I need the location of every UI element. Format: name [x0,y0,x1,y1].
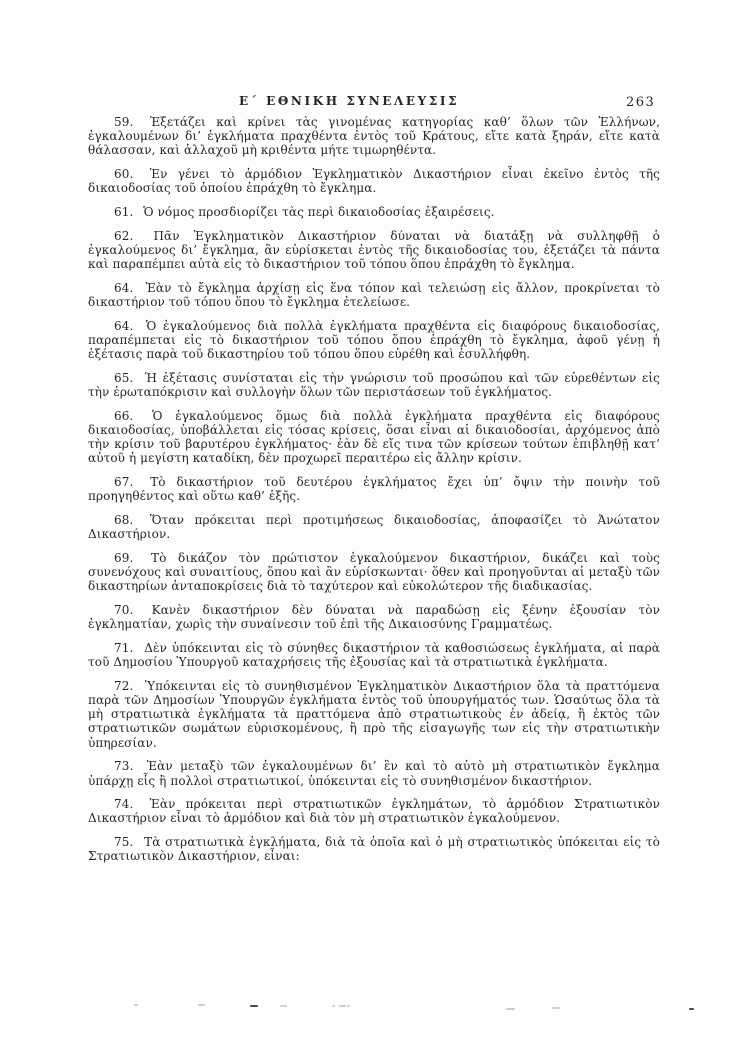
article-number: 68. [114,513,139,527]
article-text: Πᾶν Ἐγκληματικὸν Δικαστήριον δύναται νὰ … [88,229,660,271]
scan-artifact-dash [134,1004,138,1006]
scan-artifact-dash [332,1005,335,1007]
scan-artifact-dash [283,1005,287,1007]
article-paragraph: 74. Ἐὰν πρόκειται περὶ στρατιωτικῶν ἐγκλ… [88,797,660,825]
article-number: 75. [114,835,139,849]
scan-artifact-dash [347,1005,350,1007]
article-number: 65. [114,371,139,385]
article-text: Ἐν γένει τὸ ἁρμόδιον Ἐγκληματικὸν Δικαστ… [88,167,660,195]
article-paragraph: 73. Ἐὰν μεταξὺ τῶν ἐγκαλουμένων δι’ ἓν κ… [88,759,660,787]
article-number: 72. [114,679,139,693]
article-paragraph: 64. Ἐὰν τὸ ἔγκλημα ἀρχίσῃ εἰς ἕνα τόπον … [88,281,660,309]
article-text: Τὰ στρατιωτικὰ ἐγκλήματα, διὰ τὰ ὁποῖα κ… [88,835,660,863]
article-text: Ὁ ἐγκαλούμενος διὰ πολλὰ ἐγκλήματα πραχθ… [88,319,660,361]
article-number: 61. [114,205,139,219]
scan-artifact-dash [506,1008,515,1010]
article-paragraph: 60. Ἐν γένει τὸ ἁρμόδιον Ἐγκληματικὸν Δι… [88,167,660,195]
running-header-title: Ε΄ ΕΘΝΙΚΗ ΣΥΝΕΛΕΥΣΙΣ [239,94,459,108]
article-number: 73. [114,759,139,773]
article-number: 64. [114,319,139,333]
article-paragraph: 64. Ὁ ἐγκαλούμενος διὰ πολλὰ ἐγκλήματα π… [88,319,660,362]
article-paragraph: 61. Ὁ νόμος προσδιορίζει τὰς περὶ δικαιο… [88,205,660,219]
article-text: Ἐὰν τὸ ἔγκλημα ἀρχίσῃ εἰς ἕνα τόπον καὶ … [88,281,660,309]
article-paragraph: 75. Τὰ στρατιωτικὰ ἐγκλήματα, διὰ τὰ ὁπο… [88,835,660,863]
article-number: 66. [114,409,139,423]
article-paragraph: 67. Τὸ δικαστήριον τοῦ δευτέρου ἐγκλήματ… [88,475,660,503]
article-number: 71. [114,641,139,655]
article-number: 59. [114,115,139,129]
scan-artifact-dash [198,1004,205,1006]
scan-artifact-dash [339,1005,346,1007]
article-text: Ὁ νόμος προσδιορίζει τὰς περὶ δικαιοδοσί… [139,205,494,219]
article-paragraph: 68. Ὅταν πρόκειται περὶ προτιμήσεως δικα… [88,513,660,541]
article-text: Ὅταν πρόκειται περὶ προτιμήσεως δικαιοδο… [88,513,660,541]
article-paragraph: 66. Ὁ ἐγκαλούμενος ὅμως διὰ πολλὰ ἐγκλήμ… [88,409,660,466]
article-paragraph: 69. Τὸ δικάζον τὸν πρώτιστον ἐγκαλούμενο… [88,551,660,594]
scan-artifact-dash [250,1005,258,1007]
article-paragraph: 70. Κανὲν δικαστήριον δὲν δύναται νὰ παρ… [88,603,660,631]
article-text: Ἐὰν πρόκειται περὶ στρατιωτικῶν ἐγκλημάτ… [88,797,660,825]
article-paragraph: 71. Δὲν ὑπόκεινται εἰς τὸ σύνηθες δικαστ… [88,641,660,669]
article-text: Τὸ δικάζον τὸν πρώτιστον ἐγκαλούμενον δι… [88,551,660,593]
article-number: 67. [114,475,139,489]
scanned-document-page: Ε΄ ΕΘΝΙΚΗ ΣΥΝΕΛΕΥΣΙΣ 263 59. Ἐξετάζει κα… [0,0,744,1052]
article-number: 62. [114,229,139,243]
scan-artifact-dash [552,1007,560,1009]
scan-artifact-dash [689,1008,694,1010]
article-text: Δὲν ὑπόκεινται εἰς τὸ σύνηθες δικαστήριο… [88,641,660,669]
page-number: 263 [626,95,655,110]
article-text: Τὸ δικαστήριον τοῦ δευτέρου ἐγκλήματος ἔ… [88,475,660,503]
article-text: Ἐὰν μεταξὺ τῶν ἐγκαλουμένων δι’ ἓν καὶ τ… [88,759,660,787]
article-paragraph: 65. Ἡ ἐξέτασις συνίσταται εἰς τὴν γνώρισ… [88,371,660,399]
document-body: 59. Ἐξετάζει καὶ κρίνει τὰς γινομένας κα… [88,115,660,864]
article-text: Κανὲν δικαστήριον δὲν δύναται νὰ παραδώσ… [88,603,660,631]
article-text: Ἡ ἐξέτασις συνίσταται εἰς τὴν γνώρισιν τ… [88,371,660,399]
article-text: Ὁ ἐγκαλούμενος ὅμως διὰ πολλὰ ἐγκλήματα … [88,409,660,466]
article-number: 69. [114,551,139,565]
article-number: 70. [114,603,139,617]
article-paragraph: 59. Ἐξετάζει καὶ κρίνει τὰς γινομένας κα… [88,115,660,158]
article-paragraph: 72. Ὑπόκεινται εἰς τὸ συνηθισμένον Ἐγκλη… [88,679,660,750]
article-number: 60. [114,167,139,181]
article-text: Ὑπόκεινται εἰς τὸ συνηθισμένον Ἐγκληματι… [88,679,660,750]
article-number: 74. [114,797,139,811]
article-text: Ἐξετάζει καὶ κρίνει τὰς γινομένας κατηγο… [88,115,660,157]
article-number: 64. [114,281,139,295]
article-paragraph: 62. Πᾶν Ἐγκληματικὸν Δικαστήριον δύναται… [88,229,660,272]
